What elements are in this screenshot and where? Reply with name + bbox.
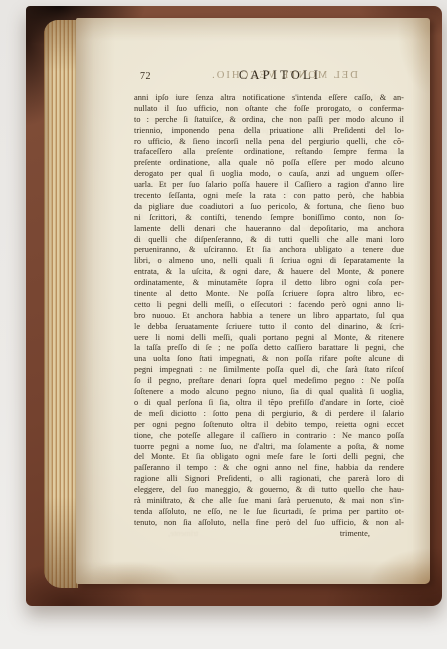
text-line: trecento ſeſſanta, ogni meſe la rata : c… — [134, 191, 404, 202]
text-line: tenuto, non ſia aſſoluto, nella fine per… — [134, 518, 404, 529]
text-line: tinente al detto Monte. Ne poſſa ſcriuer… — [134, 289, 404, 300]
text-line: tione, che poteſſe allegare il caſſiero … — [134, 431, 404, 442]
text-line: le debba ſeruatamente ſcriuere tutto il … — [134, 322, 404, 333]
text-line: ordinatamente, & minutamẽte ſopra il det… — [134, 278, 404, 289]
folio-number: 72 — [140, 71, 151, 82]
text-line: tuorre pegni a nome ſuo, ne d'altri, ma … — [134, 442, 404, 453]
text-line: uere li nomi delli meſſi, quali portano … — [134, 333, 404, 344]
text-line: derogato per qual ſi uoglia modo, o cauſ… — [134, 169, 404, 180]
text-line: ragione alli Signori Preſidenti, o alli … — [134, 474, 404, 485]
text-line: ſoſtenere a modo alcuno pegno niuno, ſia… — [134, 387, 404, 398]
text-line: bro nuouo. Et anchora habbia a tenere un… — [134, 311, 404, 322]
page-edge-stack — [44, 20, 78, 588]
text-line: eleggere, del ſuo maneggio, & gouerno, &… — [134, 485, 404, 496]
text-line: di quelli che diſpenſeranno, & di tutti … — [134, 235, 404, 246]
text-line: nullato il ſuo ufficio, non oſtante che … — [134, 104, 404, 115]
text-line: de meſi diciotto : ſotto pena di pergiur… — [134, 409, 404, 420]
text-line: perueniranno, & uſciranno. Et ſia anchor… — [134, 245, 404, 256]
text-line: uarla. Et per ſuo ſalario poſſa hauere i… — [134, 180, 404, 191]
text-line: la taſſa preſſo di ſe ; ne poſſa detto c… — [134, 343, 404, 354]
text-line: ſo il pegno, preſtare denari ſopra quel … — [134, 376, 404, 387]
photo-background: DEL MONTE VECCHIO. 72 CAPITOLI anni ipſo… — [0, 0, 447, 649]
text-line: per ogni pegno ſoſtenuto oltra il debito… — [134, 420, 404, 431]
book-page: DEL MONTE VECCHIO. 72 CAPITOLI anni ipſo… — [76, 18, 430, 584]
text-line: triennio, imponendo pena della priuation… — [134, 126, 404, 137]
text-line: una uolta ſono ſtati impegnati, & non po… — [134, 354, 404, 365]
text-line: preſente ordinatione, alla quale nõ poſſ… — [134, 158, 404, 169]
text-line: paſſeranno il tempo : & che ogni anno ne… — [134, 463, 404, 474]
text-line: to : perche ſi ſtatuiſce, & ordina, che … — [134, 115, 404, 126]
text-line: lamente delli denari che haueranno dal d… — [134, 224, 404, 235]
text-line: del Monte. Et ſia obligato ogni meſe far… — [134, 452, 404, 463]
text-line: rà miniſtrato, & che alle ſue mani ſarà … — [134, 496, 404, 507]
text-line: entrata, & la uſcita, & ogni dare, & hau… — [134, 267, 404, 278]
text-line: ni ſcrittori, & contiſti, tenendo ſempre… — [134, 213, 404, 224]
text-line: trimente, — [134, 529, 404, 540]
text-line: tenda aſſoluto, ne eſſo, ne le ſue ſicur… — [134, 507, 404, 518]
text-line: anni ipſo iure ſenza altra notificatione… — [134, 93, 404, 104]
text-block: anni ipſo iure ſenza altra notificatione… — [134, 93, 404, 540]
text-line: da pigliare due coadiutori a ſuo pericol… — [134, 202, 404, 213]
text-line: libri, o almeno uno, nelli quali ſi ſcri… — [134, 256, 404, 267]
text-line: o di qual perſona ſi ſia, oltra il tẽpo … — [134, 398, 404, 409]
text-line: pegni impegnati : ne ſimilmente poſſa qu… — [134, 365, 404, 376]
text-line: ro ufficio, & ſieno incorſi nella pena d… — [134, 137, 404, 148]
running-title: CAPITOLI — [210, 68, 350, 83]
text-line: cetto li pegni delli meſſi, o eſſecutori… — [134, 300, 404, 311]
text-line: trafaceſſero alla preſente ordinatione, … — [134, 147, 404, 158]
